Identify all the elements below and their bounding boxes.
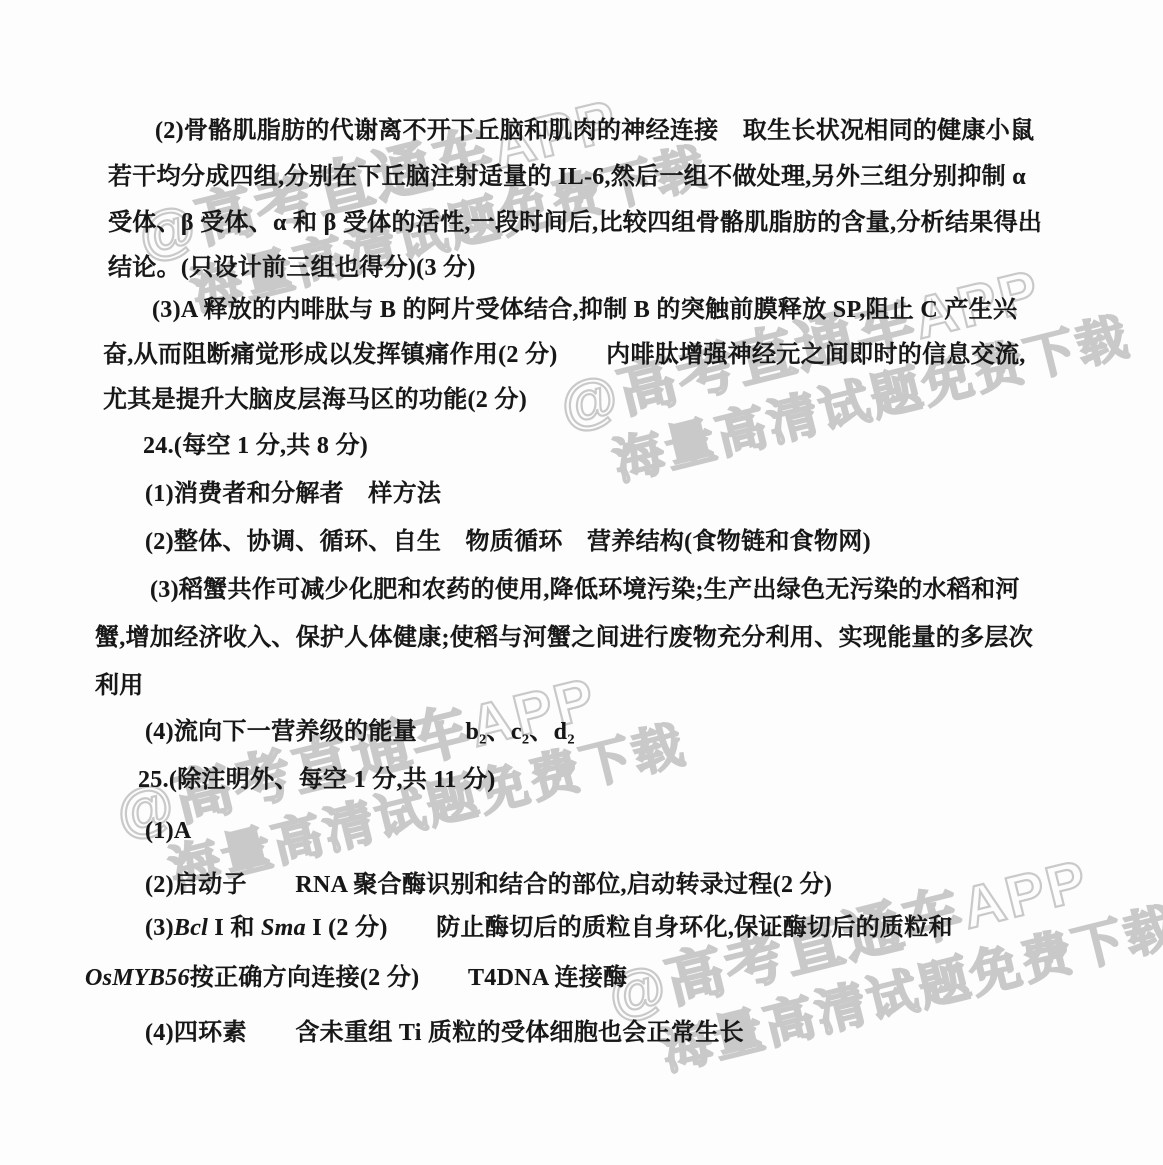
q25-3-enzyme-bcl: Bcl (174, 915, 208, 941)
answer-line-q23-3-start: (3)A 释放的内啡肽与 B 的阿片受体结合,抑制 B 的突触前膜释放 SP,阻… (152, 289, 1017, 324)
answer-line-q24-1: (1)消费者和分解者 样方法 (145, 473, 441, 508)
q25-3-enzyme-sma: Sma (261, 915, 306, 941)
answer-line-q23-2-cont1: 若干均分成四组,分别在下丘脑注射适量的 IL-6,然后一组不做处理,另外三组分别… (108, 156, 1026, 191)
answer-line-q23-3-cont1: 奋,从而阻断痛觉形成以发挥镇痛作用(2 分) 内啡肽增强神经元之间即时的信息交流… (103, 334, 1026, 369)
answer-line-q24-2: (2)整体、协调、循环、自生 物质循环 营养结构(食物链和食物网) (145, 521, 871, 556)
q25-3-end-text: 按正确方向连接(2 分) T4DNA 连接酶 (190, 965, 628, 991)
answer-heading-q24: 24.(每空 1 分,共 8 分) (143, 425, 368, 460)
answer-heading-q25: 25.(除注明外、每空 1 分,共 11 分) (138, 759, 496, 794)
answer-line-q24-3-start: (3)稻蟹共作可减少化肥和农药的使用,降低环境污染;生产出绿色无污染的水稻和河 (150, 569, 1020, 604)
answer-line-q23-3-end: 尤其是提升大脑皮层海马区的功能(2 分) (103, 379, 527, 414)
answer-line-q23-2-end: 结论。(只设计前三组也得分)(3 分) (108, 247, 476, 282)
q25-3-prefix: (3) (145, 915, 174, 941)
exam-answer-page: @高考直通车APP 海量高清试题免费下载 @高考直通车APP 海量高清试题免费下… (0, 0, 1163, 1165)
answer-line-q24-4: (4)流向下一营养级的能量 b₂、c₂、d₂ (145, 711, 575, 746)
q25-3-mid: I 和 (208, 915, 261, 941)
answer-line-q25-3-start: (3)Bcl I 和 Sma I (2 分) 防止酶切后的质粒自身环化,保证酶切… (145, 907, 953, 942)
answer-line-q25-2: (2)启动子 RNA 聚合酶识别和结合的部位,启动转录过程(2 分) (145, 864, 832, 899)
answer-line-q23-2-cont2: 受体、β 受体、α 和 β 受体的活性,一段时间后,比较四组骨骼肌脂肪的含量,分… (108, 202, 1042, 237)
answer-line-q23-2-start: (2)骨骼肌脂肪的代谢离不开下丘脑和肌肉的神经连接 取生长状况相同的健康小鼠 (155, 110, 1034, 145)
answer-line-q25-1: (1)A (145, 818, 192, 845)
answer-line-q25-4: (4)四环素 含未重组 Ti 质粒的受体细胞也会正常生长 (145, 1012, 744, 1047)
watermark-group-4: @高考直通车APP 海量高清试题免费下载 (598, 815, 1163, 1094)
watermark-slogan-text: 海量高清试题免费下载 (605, 296, 1137, 494)
answer-line-q24-3-end: 利用 (95, 665, 144, 700)
answer-line-q24-3-cont1: 蟹,增加经济收入、保护人体健康;使稻与河蟹之间进行废物充分利用、实现能量的多层次 (95, 617, 1033, 652)
q25-3-gene-osmyb56: OsMYB56 (85, 965, 190, 991)
answer-line-q25-3-end: OsMYB56按正确方向连接(2 分) T4DNA 连接酶 (85, 957, 627, 992)
q25-3-suffix: I (2 分) 防止酶切后的质粒自身环化,保证酶切后的质粒和 (306, 915, 953, 941)
